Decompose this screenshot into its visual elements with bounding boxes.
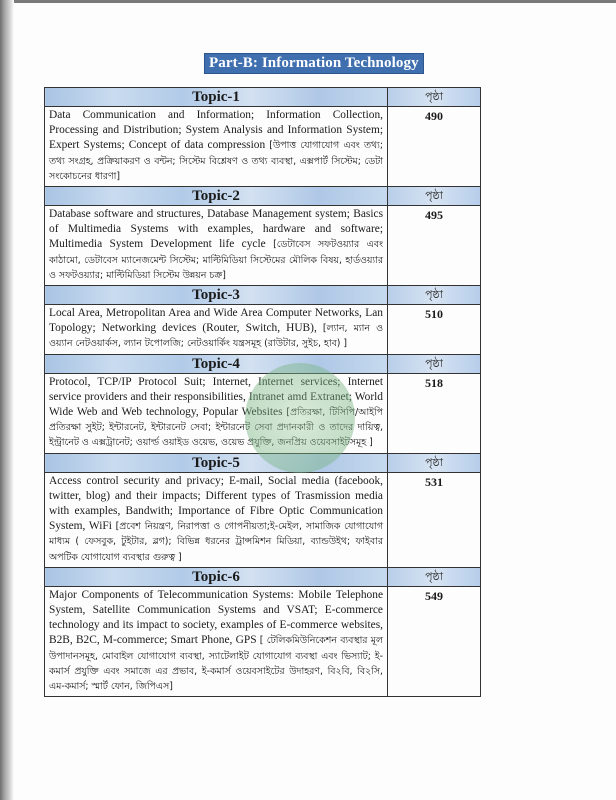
page-column-label: পৃষ্ঠা <box>388 567 481 586</box>
scan-top-edge <box>0 0 616 3</box>
topic-heading: Topic-6 <box>45 567 388 586</box>
topic-header-row: Topic-5পৃষ্ঠা <box>45 453 481 472</box>
page-column-label: পৃষ্ঠা <box>388 187 481 206</box>
page-column-label: পৃষ্ঠা <box>388 453 481 472</box>
topic-heading: Topic-5 <box>45 453 388 472</box>
topic-description: Major Components of Telecommunication Sy… <box>45 586 388 696</box>
topic-content-row: Major Components of Telecommunication Sy… <box>45 586 481 696</box>
topic-description: Local Area, Metropolitan Area and Wide A… <box>45 305 388 355</box>
topic-page-number: 510 <box>388 305 481 355</box>
topic-page-number: 495 <box>388 206 481 286</box>
topic-header-row: Topic-2পৃষ্ঠা <box>45 187 481 206</box>
topic-page-number: 531 <box>388 472 481 567</box>
topic-page-number: 490 <box>388 107 481 187</box>
topic-description: Access control security and privacy; E-m… <box>45 472 388 567</box>
topic-description: Database software and structures, Databa… <box>45 206 388 286</box>
page-column-label: পৃষ্ঠা <box>388 286 481 305</box>
topic-content-row: Data Communication and Information; Info… <box>45 107 481 187</box>
page-column-label: পৃষ্ঠা <box>388 88 481 107</box>
topic-heading: Topic-1 <box>45 88 388 107</box>
topic-header-row: Topic-4পৃষ্ঠা <box>45 354 481 373</box>
scan-binding-shadow <box>0 0 14 800</box>
topic-table: Topic-1পৃষ্ঠাData Communication and Info… <box>44 87 481 697</box>
topic-header-row: Topic-3পৃষ্ঠা <box>45 286 481 305</box>
topic-heading: Topic-3 <box>45 286 388 305</box>
topic-page-number: 549 <box>388 586 481 696</box>
topic-content-row: Protocol, TCP/IP Protocol Suit; Internet… <box>45 373 481 453</box>
topic-description: Data Communication and Information; Info… <box>45 107 388 187</box>
topic-content-row: Local Area, Metropolitan Area and Wide A… <box>45 305 481 355</box>
topic-heading: Topic-2 <box>45 187 388 206</box>
topic-header-row: Topic-6পৃষ্ঠা <box>45 567 481 586</box>
page-column-label: পৃষ্ঠা <box>388 354 481 373</box>
part-title: Part-B: Information Technology <box>204 53 424 74</box>
topic-content-row: Access control security and privacy; E-m… <box>45 472 481 567</box>
topic-page-number: 518 <box>388 373 481 453</box>
topic-content-row: Database software and structures, Databa… <box>45 206 481 286</box>
topic-heading: Topic-4 <box>45 354 388 373</box>
topic-description: Protocol, TCP/IP Protocol Suit; Internet… <box>45 373 388 453</box>
topic-header-row: Topic-1পৃষ্ঠা <box>45 88 481 107</box>
